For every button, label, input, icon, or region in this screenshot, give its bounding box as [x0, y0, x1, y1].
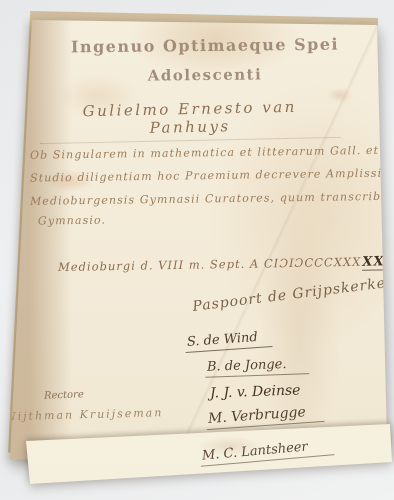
photo-frame: Ingenuo Optimaeque Spei Adolescenti Guli… — [0, 0, 394, 500]
paper-flap — [0, 0, 394, 500]
paper-flap-wrap — [0, 0, 394, 500]
